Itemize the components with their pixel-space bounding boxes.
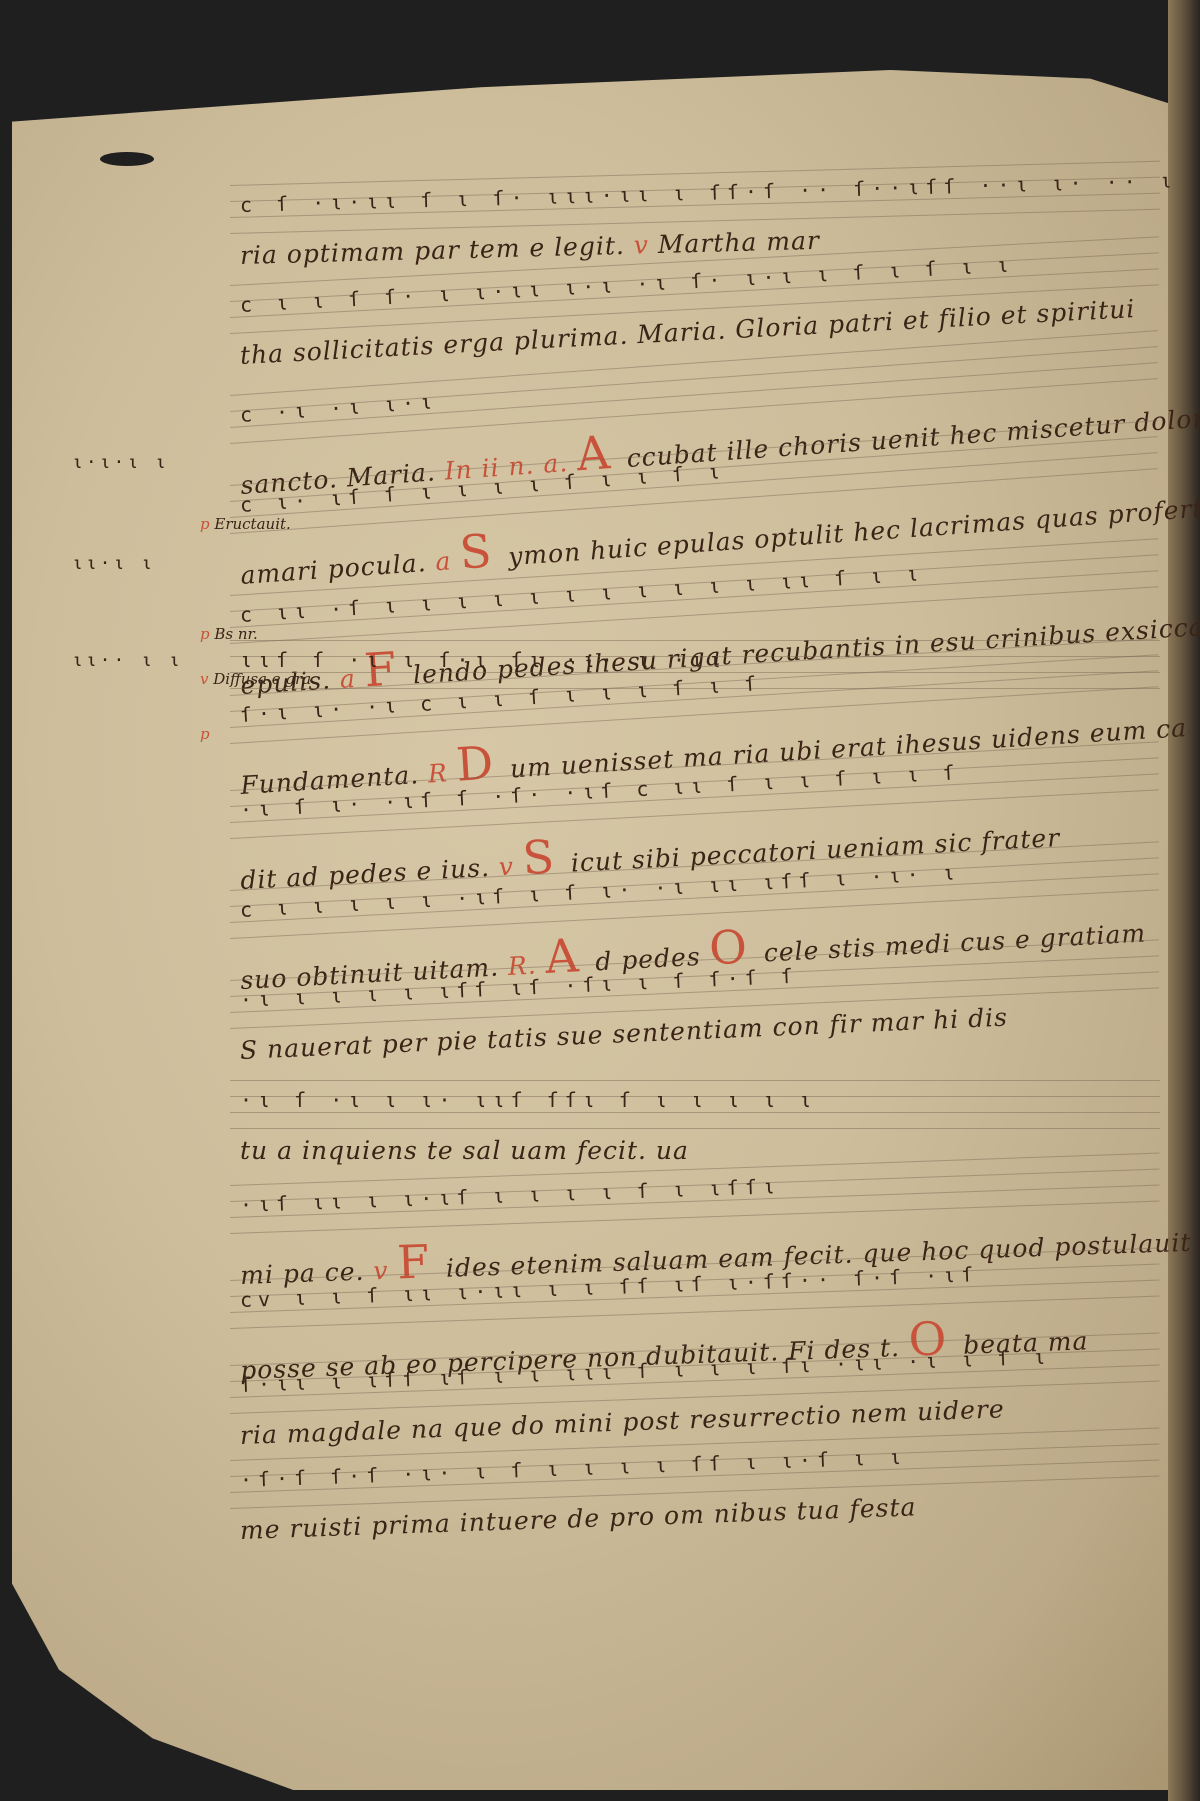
rubric-marker: R: [427, 758, 457, 789]
lyric-text: tu a inquiens te sal uam fecit. ua: [240, 1136, 689, 1165]
staff-line: [230, 1080, 1160, 1081]
marginal-rubric: p: [200, 515, 214, 533]
rubric-marker: a: [434, 546, 461, 577]
book-gutter: [1168, 0, 1200, 1801]
margin-neume-1: ι·ι·ι ι: [72, 452, 169, 473]
lyric-segment: tu a inquiens te sal uam fecit. ua: [240, 1136, 689, 1165]
staff-line: [230, 1112, 1160, 1113]
neume-row: ·ι ſ ·ι ι ι· ιιſ ſſι ſ ι ι ι ι ι: [240, 1088, 817, 1112]
marginal-rubric: v: [200, 670, 213, 688]
rubric-marker: v: [498, 851, 524, 881]
decorated-initial: D: [455, 735, 512, 792]
staff-line: [230, 672, 1160, 673]
marginal-incipit: Eructauit.: [214, 515, 290, 533]
rubric-marker: v: [373, 1256, 398, 1286]
lyric-segment: legit.: [554, 231, 634, 262]
marginal-cue: p Eructauit.: [200, 515, 291, 533]
rubric-marker: v: [633, 230, 658, 260]
marginal-rubric: p: [200, 625, 214, 643]
staff-line: [230, 1128, 1160, 1129]
marginal-incipit: Diffusa e gra.: [213, 670, 316, 688]
parchment-hole: [100, 152, 154, 166]
margin-neume-3: ιι·· ι ι: [72, 650, 183, 671]
decorated-initial: S: [521, 829, 572, 885]
staff-line: [230, 640, 1160, 641]
lyric-segment: Martha mar: [657, 226, 820, 259]
manuscript-photo: ι·ι·ι ι ιι·ι ι ιι·· ι ι c ſ ·ι·ιι ſ ι ſ·…: [0, 0, 1200, 1801]
decorated-initial: S: [458, 522, 510, 579]
marginal-rubric: p: [200, 725, 210, 743]
marginal-cue: v Diffusa e gra.: [200, 670, 316, 688]
marginal-cue: p: [200, 725, 210, 743]
margin-neume-2: ιι·ι ι: [72, 553, 155, 574]
